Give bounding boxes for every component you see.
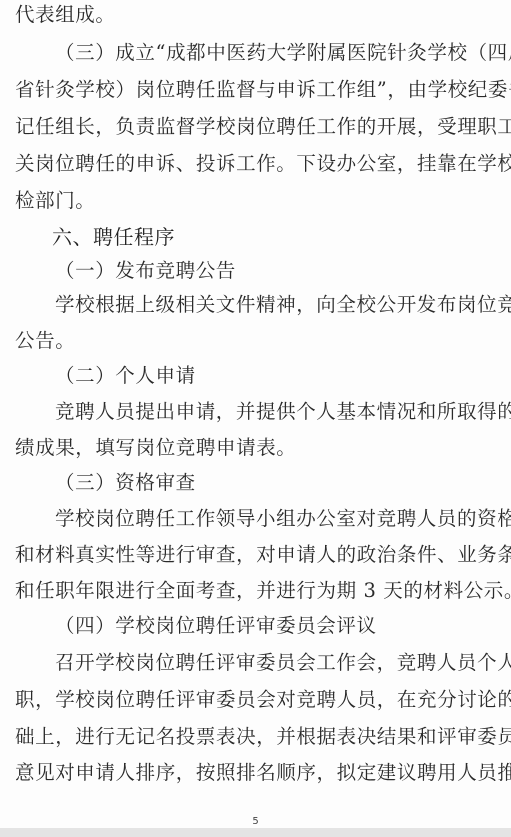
section-heading: 六、聘任程序 (52, 225, 511, 249)
subsection-heading: （三）资格审查 (55, 471, 511, 495)
paragraph-last-line: 检部门。 (15, 189, 500, 213)
paragraph-first-line: 学校岗位聘任工作领导小组办公室对竞聘人员的资格 (55, 507, 500, 531)
paragraph-last-line: 代表组成。 (15, 3, 500, 27)
paragraph-line: 省针灸学校）岗位聘任监督与申诉工作组”，由学校纪委书 (15, 78, 500, 102)
viewer-bottom-edge (0, 828, 511, 837)
paragraph-line: 础上，进行无记名投票表决，并根据表决结果和评审委员会 (15, 725, 500, 749)
document-page: 代表组成。（三）成立“成都中医药大学附属医院针灸学校（四川省针灸学校）岗位聘任监… (0, 0, 511, 828)
paragraph-last-line: 和任职年限进行全面考查，并进行为期 3 天的材料公示。 (15, 579, 500, 603)
page-number: 5 (0, 816, 511, 827)
paragraph-first-line: 召开学校岗位聘任评审委员会工作会，竞聘人员个人述 (55, 651, 500, 675)
paragraph-first-line: 竞聘人员提出申请，并提供个人基本情况和所取得的业 (55, 400, 500, 424)
paragraph-line: 和材料真实性等进行审查，对申请人的政治条件、业务条件 (15, 543, 500, 567)
paragraph-last-line: 公告。 (15, 329, 500, 353)
paragraph-last-line: 绩成果，填写岗位竞聘申请表。 (15, 436, 500, 460)
paragraph-line: 关岗位聘任的申诉、投诉工作。下设办公室，挂靠在学校纪 (15, 152, 500, 176)
paragraph-line: 记任组长，负责监督学校岗位聘任工作的开展，受理职工有 (15, 115, 500, 139)
subsection-heading: （一）发布竞聘公告 (55, 259, 511, 283)
paragraph-line: 意见对申请人排序，按照排名顺序，拟定建议聘用人员推荐 (15, 761, 500, 785)
subsection-heading: （二）个人申请 (55, 364, 511, 388)
paragraph-line: 职，学校岗位聘任评审委员会对竞聘人员，在充分讨论的基 (15, 688, 500, 712)
paragraph-first-line: （三）成立“成都中医药大学附属医院针灸学校（四川 (55, 41, 500, 65)
paragraph-first-line: 学校根据上级相关文件精神，向全校公开发布岗位竞聘 (55, 293, 500, 317)
subsection-heading: （四）学校岗位聘任评审委员会评议 (55, 614, 511, 638)
